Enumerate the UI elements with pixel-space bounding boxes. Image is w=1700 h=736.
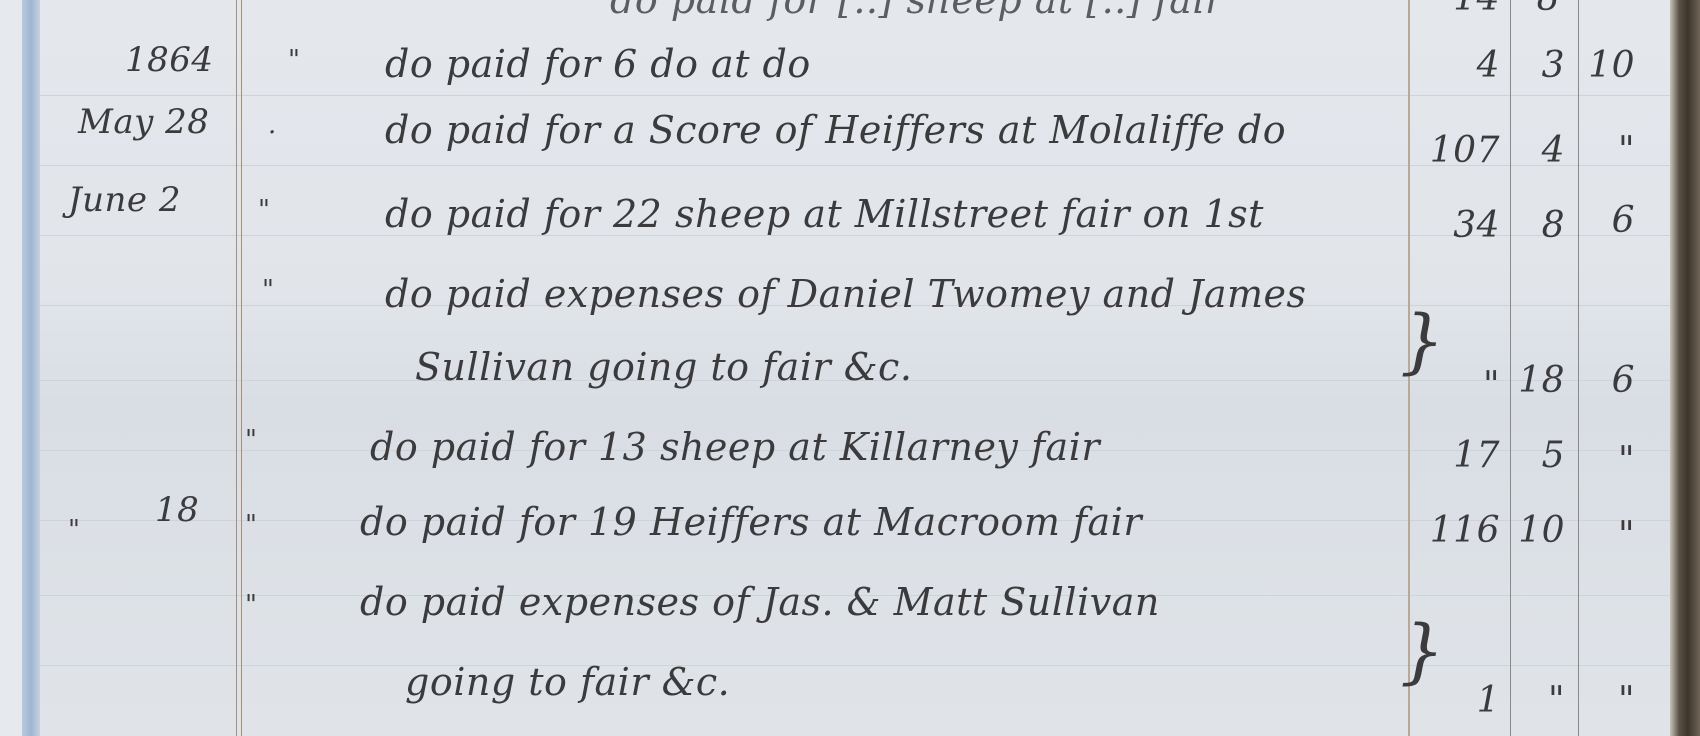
entry-date: 18 — [155, 490, 199, 530]
ditto-mark: " — [245, 425, 257, 455]
ledger-page: do paid for [..] sheep at [..] fair 14 8… — [0, 0, 1700, 736]
partial-entry-text: do paid for [..] sheep at [..] fair — [610, 0, 1224, 22]
ditto-mark: " — [245, 590, 257, 620]
ditto-mark: · — [268, 118, 277, 148]
entry-pence: " — [1585, 440, 1635, 481]
entry-text: do paid for 6 do at do — [385, 42, 811, 86]
entry-text: do paid for 13 sheep at Killarney fair — [370, 425, 1100, 469]
entry-shillings: 5 — [1515, 435, 1565, 476]
entry-pounds: 107 — [1420, 130, 1500, 171]
entry-pence: 6 — [1585, 360, 1635, 401]
entry-text: do paid for 19 Heiffers at Macroom fair — [360, 500, 1142, 544]
entry-date: June 2 — [68, 180, 181, 220]
entry-pence: 6 — [1585, 200, 1635, 241]
ditto-mark: " — [288, 45, 300, 75]
ditto-mark: " — [245, 510, 257, 540]
ditto-mark: " — [258, 195, 270, 225]
partial-pounds: 14 — [1440, 0, 1500, 19]
entry-text: do paid for 22 sheep at Millstreet fair … — [385, 192, 1264, 236]
entry-text: do paid expenses of Daniel Twomey and Ja… — [385, 272, 1307, 316]
blue-binding-edge — [22, 0, 40, 736]
entry-pence: " — [1585, 680, 1635, 721]
entry-shillings: " — [1515, 680, 1565, 721]
ditto-mark: " — [68, 515, 80, 545]
date-column-rule — [236, 0, 242, 736]
entry-text: do paid for a Score of Heiffers at Molal… — [385, 108, 1286, 152]
book-binding — [1670, 0, 1700, 736]
entry-pounds: 4 — [1420, 45, 1500, 86]
entry-shillings: 8 — [1515, 205, 1565, 246]
entry-shillings: 10 — [1515, 510, 1565, 551]
entry-text-continued: Sullivan going to fair &c. — [415, 345, 912, 389]
entry-pence: " — [1585, 130, 1635, 171]
ruled-line — [40, 95, 1670, 96]
entry-text-continued: going to fair &c. — [405, 660, 730, 704]
entry-pounds: 116 — [1420, 510, 1500, 551]
year-label: 1864 — [125, 40, 214, 80]
entry-pounds: " — [1420, 365, 1500, 406]
page-margin — [0, 0, 22, 736]
entry-pence: " — [1585, 515, 1635, 556]
entry-date: May 28 — [78, 102, 209, 142]
ditto-mark: " — [262, 275, 274, 305]
entry-text: do paid expenses of Jas. & Matt Sullivan — [360, 580, 1160, 624]
entry-pence: 10 — [1585, 45, 1635, 86]
entry-pounds: 17 — [1420, 435, 1500, 476]
entry-pounds: 1 — [1420, 680, 1500, 721]
entry-shillings: 3 — [1515, 45, 1565, 86]
entry-pounds: 34 — [1420, 205, 1500, 246]
partial-shillings: 8 — [1520, 0, 1560, 19]
shillings-column-rule — [1510, 0, 1511, 736]
entry-shillings: 18 — [1515, 360, 1565, 401]
pence-column-rule — [1578, 0, 1579, 736]
entry-shillings: 4 — [1515, 130, 1565, 171]
partial-pence: " — [1610, 0, 1640, 19]
